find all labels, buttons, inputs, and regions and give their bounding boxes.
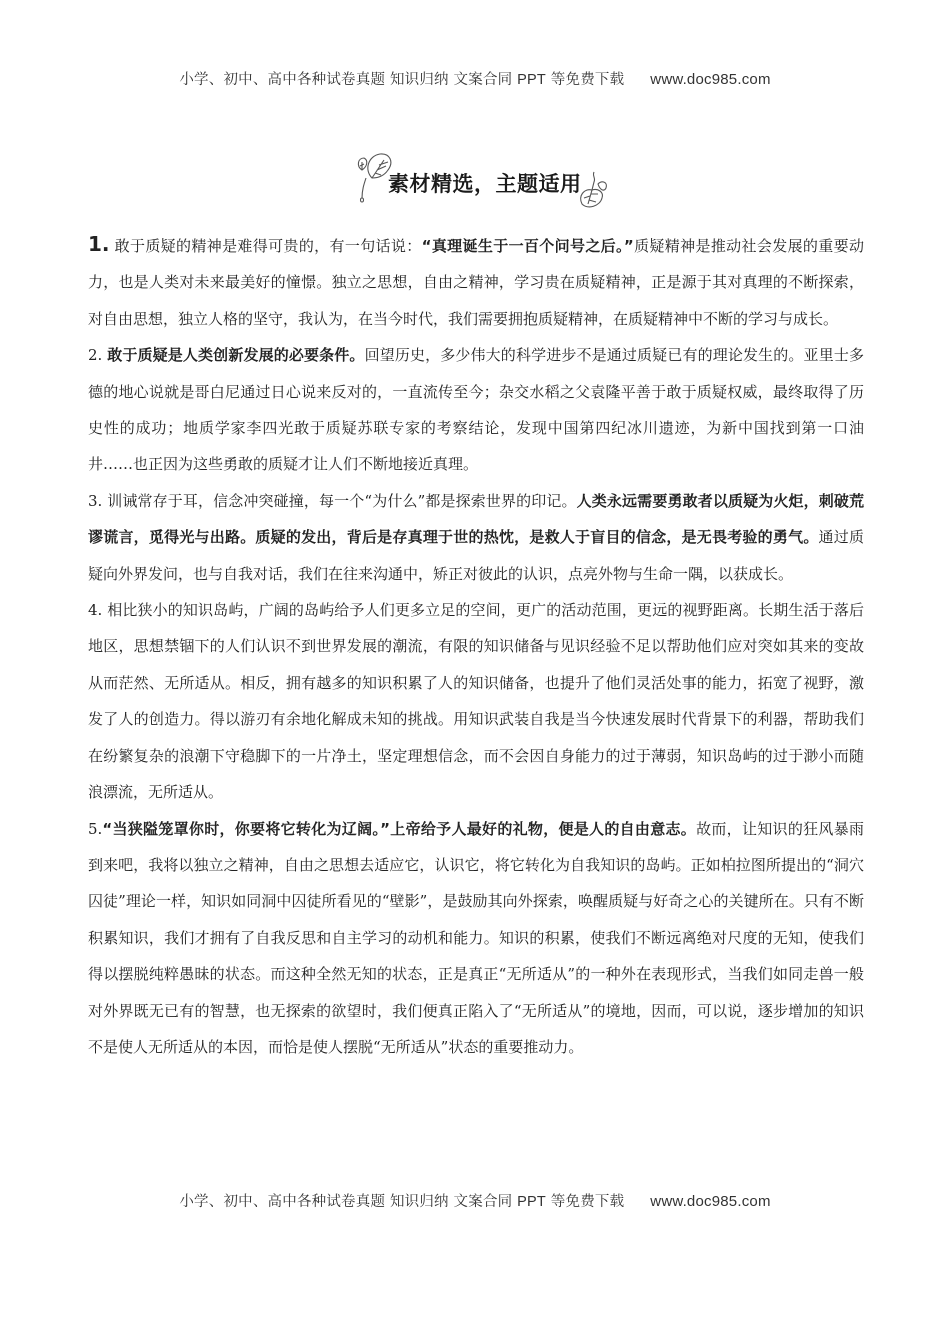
- paragraph-thesis: 敢于质疑是人类创新发展的必要条件。: [107, 346, 364, 364]
- paragraph-text: 敢于质疑的精神是难得可贵的，有一句话说：: [110, 237, 422, 255]
- paragraph-quote: “当狭隘笼罩你时，你要将它转化为辽阔。”上帝给予人最好的礼物，便是人的自由意志。: [102, 820, 696, 838]
- paragraph-text: 回望历史，多少伟大的科学进步不是通过质疑已有的理论发生的。亚里士多德的地心说就是…: [88, 346, 864, 473]
- paragraph-number: 3.: [88, 492, 102, 510]
- header-banner: 小学、初中、高中各种试卷真题 知识归纳 文案合同 PPT 等免费下载www.do…: [0, 68, 950, 89]
- footer-banner: 小学、初中、高中各种试卷真题 知识归纳 文案合同 PPT 等免费下载www.do…: [0, 1190, 950, 1211]
- paragraph-1: 1. 敢于质疑的精神是难得可贵的，有一句话说：“真理诞生于一百个问号之后。”质疑…: [88, 226, 864, 337]
- article-body: 1. 敢于质疑的精神是难得可贵的，有一句话说：“真理诞生于一百个问号之后。”质疑…: [88, 226, 864, 1065]
- paragraph-number: 5.: [88, 820, 102, 838]
- banner-text: 小学、初中、高中各种试卷真题 知识归纳 文案合同: [179, 1194, 517, 1210]
- paragraph-number: 1.: [88, 232, 110, 256]
- paragraph-2: 2. 敢于质疑是人类创新发展的必要条件。回望历史，多少伟大的科学进步不是通过质疑…: [88, 337, 864, 483]
- banner-ppt: PPT: [517, 1194, 546, 1210]
- leaf-icon: [576, 170, 610, 214]
- paragraph-5: 5.“当狭隘笼罩你时，你要将它转化为辽阔。”上帝给予人最好的礼物，便是人的自由意…: [88, 811, 864, 1066]
- paragraph-text: 相比狭小的知识岛屿，广阔的岛屿给予人们更多立足的空间，更广的活动范围，更远的视野…: [88, 601, 864, 801]
- paragraph-number: 4.: [88, 601, 102, 619]
- banner-url[interactable]: www.doc985.com: [650, 1193, 770, 1210]
- paragraph-3: 3. 训诫常存于耳，信念冲突碰撞，每一个“为什么”都是探索世界的印记。人类永远需…: [88, 483, 864, 592]
- banner-url[interactable]: www.doc985.com: [650, 71, 770, 88]
- paragraph-4: 4. 相比狭小的知识岛屿，广阔的岛屿给予人们更多立足的空间，更广的活动范围，更远…: [88, 592, 864, 810]
- paragraph-quote: “真理诞生于一百个问号之后。”: [422, 237, 634, 255]
- banner-text: 小学、初中、高中各种试卷真题 知识归纳 文案合同: [179, 72, 517, 88]
- paragraph-text: 训诫常存于耳，信念冲突碰撞，每一个“为什么”都是探索世界的印记。: [102, 492, 576, 510]
- banner-text2: 等免费下载: [546, 1194, 624, 1210]
- section-title-text: 素材精选，主题适用: [388, 168, 582, 198]
- section-title: 素材精选，主题适用: [350, 148, 620, 210]
- banner-text2: 等免费下载: [546, 72, 624, 88]
- banner-ppt: PPT: [517, 72, 546, 88]
- paragraph-text: 故而，让知识的狂风暴雨到来吧，我将以独立之精神，自由之思想去适应它，认识它，将它…: [88, 820, 864, 1056]
- paragraph-number: 2.: [88, 346, 102, 364]
